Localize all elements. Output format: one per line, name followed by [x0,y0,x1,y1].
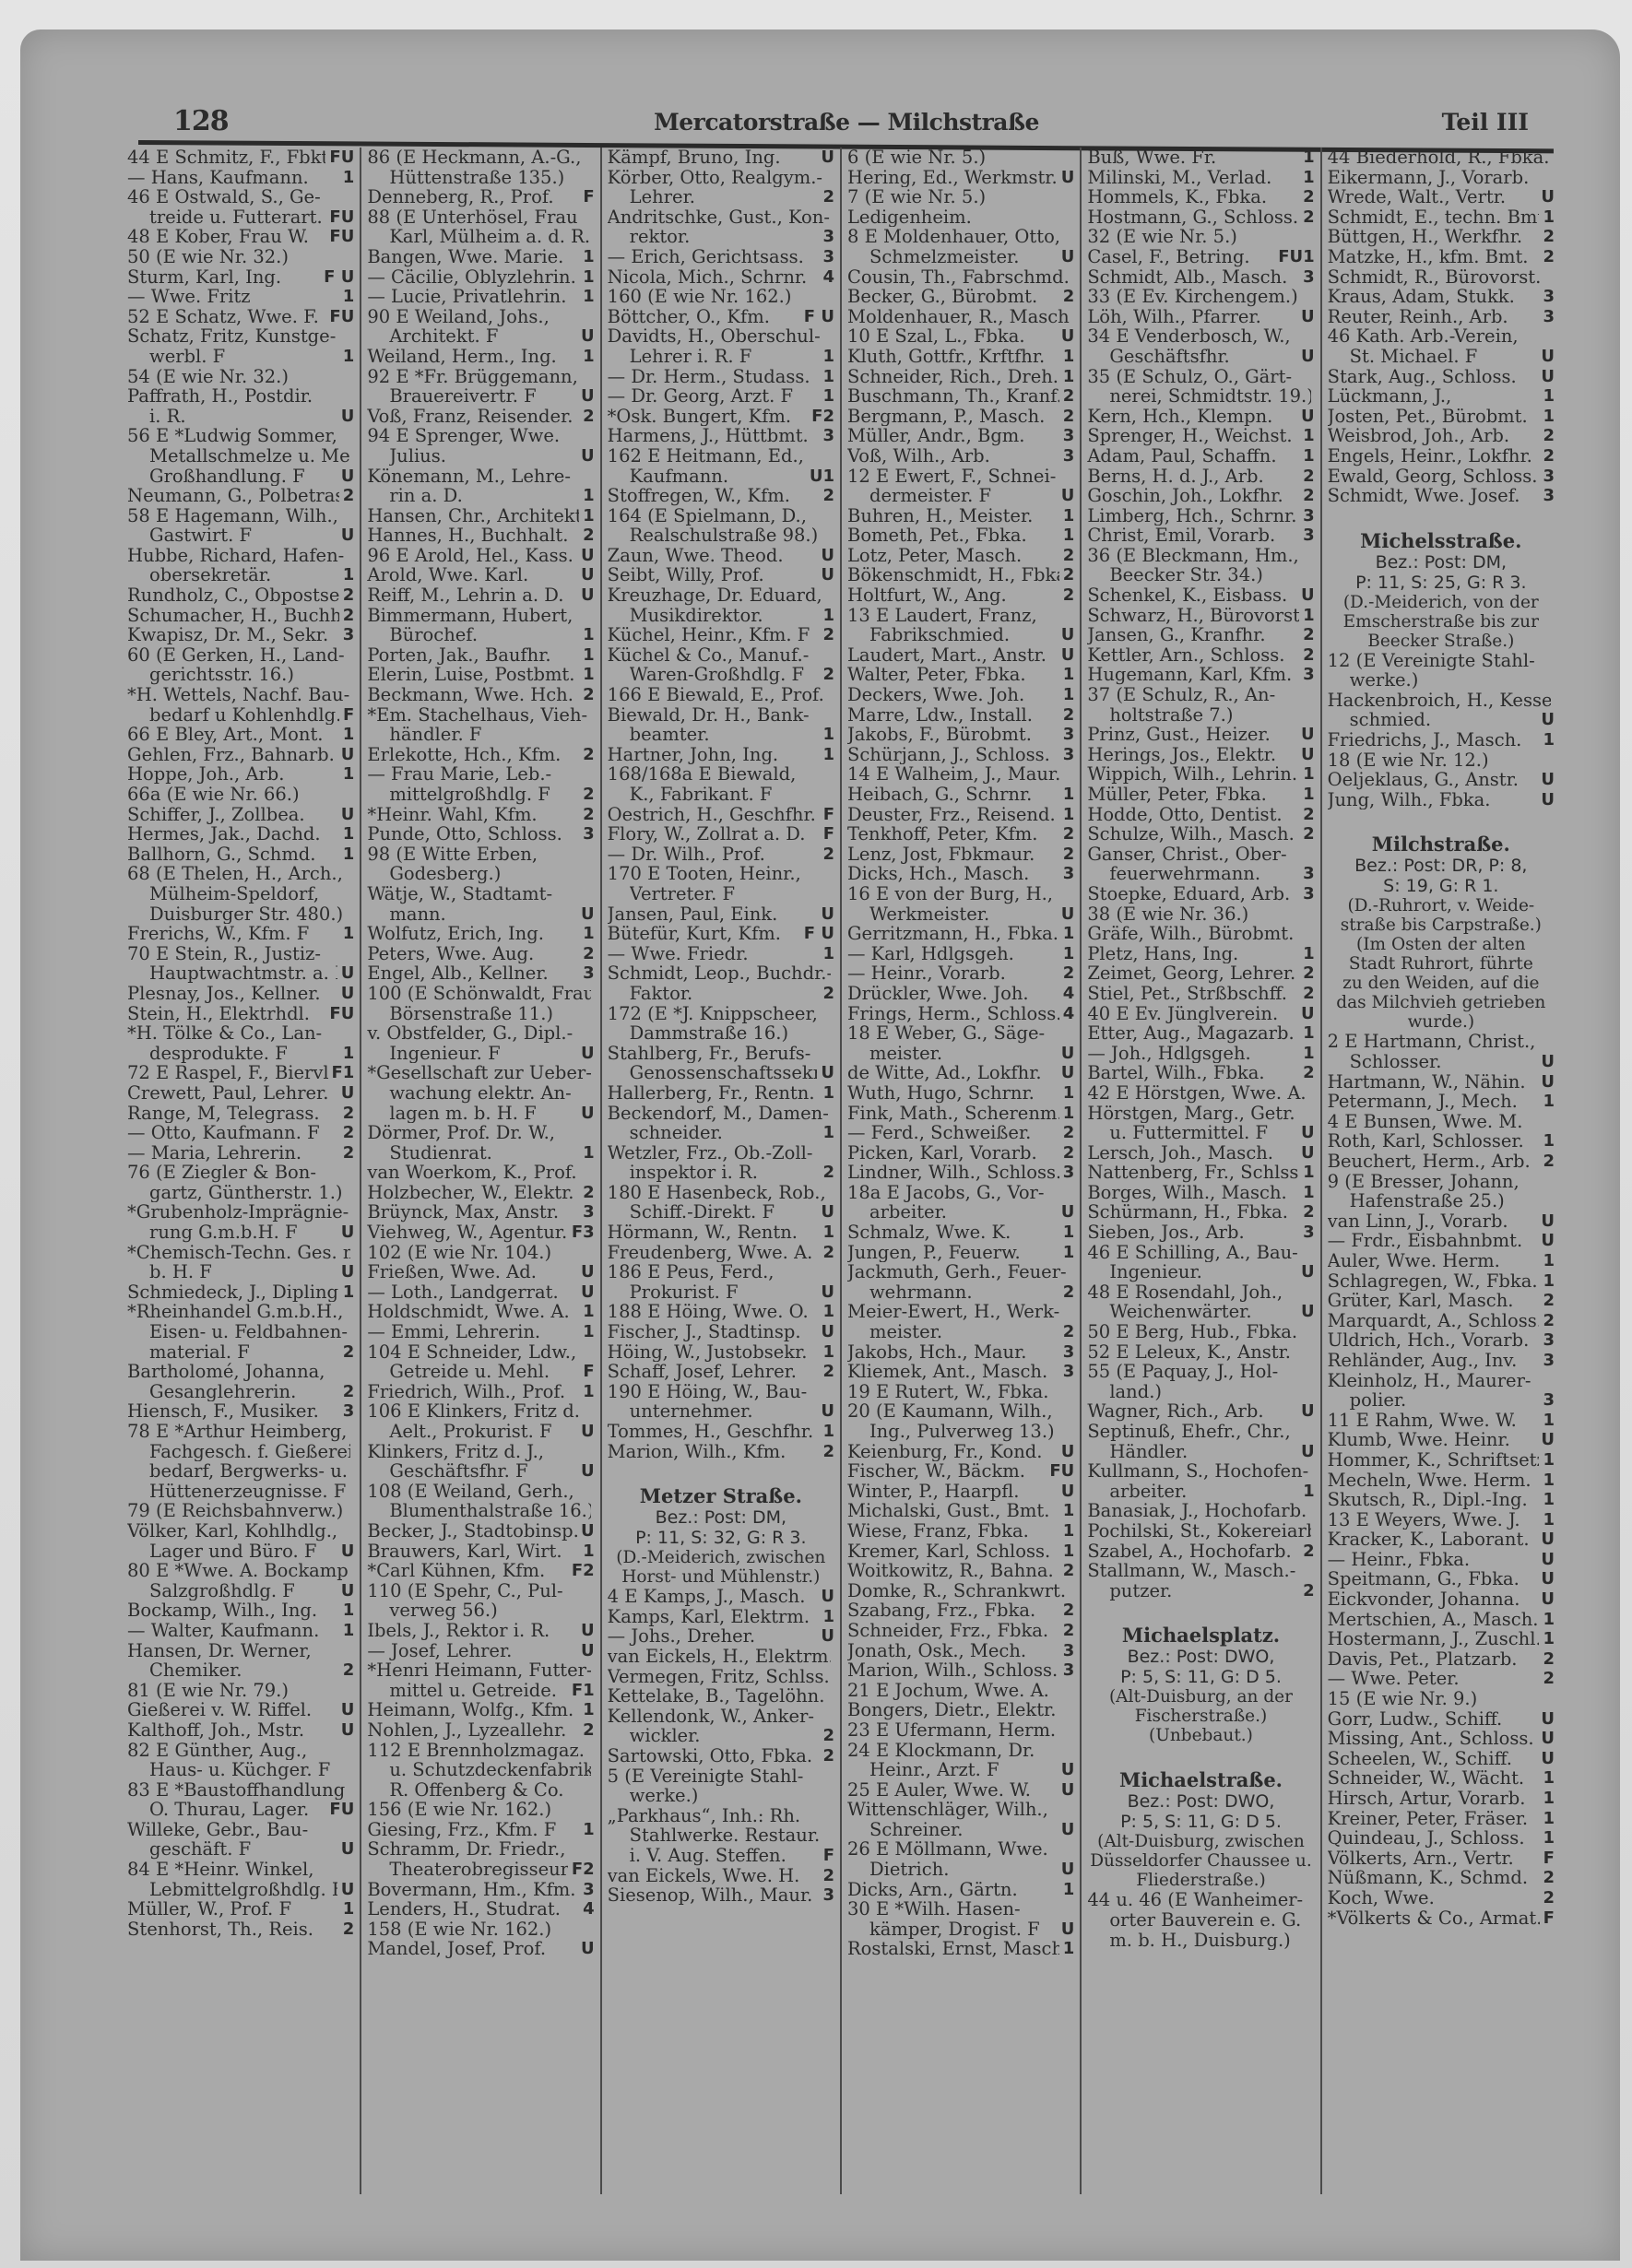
directory-entry: Seibt, Willy, Prof.U [608,565,834,585]
entry-marker: 1 [1059,785,1075,805]
directory-entry: 11 E Rahm, Wwe. W.1 [1328,1411,1555,1431]
directory-entry: Schmiedeck, J., Dipling.1 [127,1282,354,1303]
street-heading: Milchstraße. [1328,833,1555,856]
entry-text: Kettelake, B., Tagelöhn. [608,1686,825,1707]
entry-text: Jansen, Paul, Eink. [608,904,778,925]
directory-entry: *Em. Stachelhaus, Vieh- [367,705,594,726]
directory-entry: Bometh, Pet., Fbka.1 [847,526,1074,546]
entry-text: Picken, Karl, Vorarb. [847,1143,1037,1164]
entry-text: Genossenschaftssekr. [630,1063,818,1083]
directory-entry: 70 E Stein, R., Justiz- [127,944,354,964]
entry-text: Michalski, Gust., Bmt. [847,1501,1049,1521]
column-1: 44 E Schmitz, F., Fbkt.FU— Hans, Kaufman… [122,148,361,2194]
directory-entry: Stenhorst, Th., Reis.2 [127,1920,354,1940]
entry-marker: 1 [1059,1083,1075,1104]
street-district-info: Bez.: Post: DM, [608,1507,834,1528]
directory-entry: Wuth, Hugo, Schrnr.1 [847,1083,1074,1104]
directory-entry: Weisbrod, Joh., Arb.2 [1328,426,1555,446]
directory-entry: Nüßmann, K., Schmd.2 [1328,1868,1555,1888]
entry-marker [1311,1362,1315,1382]
entry-text: *Völkerts & Co., Armat. [1328,1908,1540,1929]
directory-entry: 46 E Schilling, A., Bau- [1087,1243,1314,1263]
entry-marker [831,1707,834,1727]
directory-entry: *Gesellschaft zur Ueber- [367,1063,594,1083]
directory-entry: Schiff.-Direkt. FU [608,1202,834,1223]
entry-marker: 2 [1059,1601,1075,1621]
entry-text: werbl. F [149,347,225,367]
directory-entry: Lehrer.2 [608,187,834,207]
entry-text: Engels, Heinr., Lokfhr. [1328,446,1532,467]
entry-marker [350,884,354,904]
entry-marker [1311,1243,1315,1263]
directory-entry: Marion, Wilh., Schloss.3 [847,1660,1074,1681]
entry-text: 186 E Peus, Ferd., [608,1262,775,1282]
directory-entry: unternehmer.U [608,1401,834,1422]
directory-entry: Frings, Herm., Schloss.4 [847,1004,1074,1024]
entry-marker: 2 [1299,207,1315,228]
directory-entry: beamter.1 [608,725,834,745]
entry-text: unternehmer. [630,1401,753,1422]
entry-text: Ledigenheim. [847,207,972,228]
directory-entry: Schneider, W., Wächt.1 [1328,1768,1555,1789]
directory-entry: 36 (E Bleckmann, Hm., [1087,546,1314,566]
entry-text: Matzke, H., kfm. Bmt. [1328,247,1529,267]
directory-entry: Michalski, Gust., Bmt.1 [847,1501,1074,1521]
entry-marker: 2 [1059,287,1075,307]
entry-marker: 3 [1059,725,1075,745]
entry-text: Moldenhauer, R., Masch. [847,307,1070,327]
entry-text: Wrede, Walt., Vertr. [1328,187,1506,207]
entry-marker [350,1422,354,1442]
entry-text: *Rheinhandel G.m.b.H., [127,1302,343,1322]
directory-entry: Giesing, Frz., Kfm. F1 [367,1820,594,1840]
entry-marker: 1 [339,565,355,585]
directory-entry: Julius.U [367,446,594,467]
directory-entry: Roth, Karl, Schlosser.1 [1328,1131,1555,1152]
directory-entry: Geschäftsfhr.U [1087,347,1314,367]
directory-entry: Deuster, Frz., Reisend.1 [847,805,1074,825]
entry-marker: 4 [1059,984,1075,1004]
entry-text: Szabel, A., Hochofarb. [1087,1542,1291,1562]
directory-entry: Sartowski, Otto, Fbka.2 [608,1746,834,1766]
directory-entry: Plesnay, Jos., Kellner.U [127,984,354,1004]
directory-entry: Kern, Hch., Klempn.U [1087,407,1314,427]
entry-marker: 2 [1299,467,1315,487]
entry-marker [1551,326,1555,347]
entry-text: material. F [149,1342,250,1363]
directory-entry: v. Obstfelder, G., Dipl.- [367,1023,594,1044]
directory-entry: *Grubenholz-Imprägnie- [127,1202,354,1223]
entry-text: Cousin, Th., Fabrschmd. [847,267,1070,288]
entry-text: Kaufmann. [630,467,728,487]
entry-text: Schulze, Wilh., Masch. [1087,824,1294,845]
directory-entry: Schürmann, H., Fbka.2 [1087,1202,1314,1223]
entry-marker: 1 [1539,1510,1555,1530]
entry-text: Wagner, Rich., Arb. [1087,1401,1263,1422]
entry-text: Waren-Großhdlg. F [630,665,804,685]
entry-marker: 1 [819,1083,834,1104]
entry-text: Nattenberg, Fr., Schlss. [1087,1163,1299,1183]
directory-entry: putzer.2 [1087,1581,1314,1601]
directory-entry: St. Michael. FU [1328,347,1555,367]
entry-text: Lager und Büro. F [149,1542,316,1562]
entry-text: Realschulstraße 98.) [630,526,819,546]
entry-text: Weisbrod, Joh., Arb. [1328,426,1509,446]
directory-columns: 44 E Schmitz, F., Fbkt.FU— Hans, Kaufman… [122,148,1560,2194]
directory-entry: 102 (E wie Nr. 104.) [367,1243,594,1263]
directory-entry: Erlekotte, Hch., Kfm.2 [367,745,594,765]
directory-entry: Schiffer, J., Zollbea.U [127,805,354,825]
directory-entry: 8 E Moldenhauer, Otto, [847,227,1074,247]
entry-text: Marquardt, A., Schloss. [1328,1311,1540,1331]
entry-text: Kämpf, Bruno, Ing. [608,148,781,168]
entry-text: Hodde, Otto, Dentist. [1087,805,1282,825]
entry-marker: 1 [1299,785,1315,805]
entry-text: Haus- u. Küchger. F [149,1760,330,1780]
entry-text: Müller, Peter, Fbka. [1087,785,1267,805]
entry-marker [591,1442,595,1462]
entry-text: Brauwers, Karl, Wirt. [367,1542,562,1562]
entry-text: 40 E Ev. Jünglverein. [1087,1004,1278,1024]
entry-marker: U [1297,1442,1315,1462]
entry-text: Musikdirektor. [630,606,763,626]
entry-text: Ballhorn, G., Schmd. [127,845,316,865]
entry-text: 4 E Kamps, J., Masch. [608,1587,806,1607]
directory-entry: K., Fabrikant. F [608,785,834,805]
entry-text: Kleinholz, H., Maurer- [1328,1371,1531,1391]
entry-text: Jonath, Osk., Mech. [847,1641,1026,1661]
entry-marker: 1 [339,1601,355,1621]
directory-entry: 190 E Höing, W., Bau- [608,1382,834,1402]
entry-marker: U [817,1063,834,1083]
entry-text: rung G.m.b.H. F [149,1223,298,1243]
directory-entry: Uldrich, Hch., Vorarb.3 [1328,1330,1555,1351]
entry-text: Jung, Wilh., Fbka. [1328,790,1491,810]
entry-text: Lehrer i. R. F [630,347,752,367]
directory-entry: Zeimet, Georg, Lehrer.2 [1087,963,1314,984]
entry-marker: 2 [1539,1669,1555,1689]
directory-entry: Dörmer, Prof. Dr. W., [367,1123,594,1143]
entry-text: Fachgesch. f. Gießerei- [149,1442,350,1462]
entry-text: Hauptwachtmstr. a. D. [149,963,337,984]
directory-entry: kämper, Drogist. FU [847,1920,1074,1940]
entry-text: Hiensch, F., Musiker. [127,1401,319,1422]
directory-entry: Gerritzmann, H., Fbka.1 [847,924,1074,944]
directory-entry: Hartmann, W., Nähin.U [1328,1072,1555,1093]
directory-entry: Brauereivertr. FU [367,386,594,407]
entry-marker [591,884,595,904]
directory-entry: Salzgroßhdlg. FU [127,1581,354,1601]
entry-text: Bütefür, Kurt, Kfm. [608,924,781,944]
directory-entry: Bangen, Wwe. Marie.1 [367,247,594,267]
entry-marker: 3 [1059,1660,1075,1681]
entry-text: 104 E Schneider, Ldw., [367,1342,576,1363]
entry-text: Hirsch, Artur, Vorarb. [1328,1789,1526,1809]
entry-text: putzer. [1109,1581,1172,1601]
entry-marker [350,1760,354,1780]
street-heading: Michelsstraße. [1328,530,1555,552]
directory-entry: Schmidt, Leop., Buchdr.- [608,963,834,984]
directory-entry: *Völkerts & Co., Armat.F [1328,1908,1555,1929]
entry-text: Denneberg, R., Prof. [367,187,553,207]
entry-marker: FU [325,307,354,327]
directory-entry: Fabrikschmied.U [847,625,1074,645]
entry-marker [831,207,834,228]
entry-text: — Heinr., Fbka. [1328,1550,1470,1570]
entry-text: Schenkel, K., Eisbass. [1087,585,1287,606]
entry-text: rin a. D. [389,486,462,506]
directory-entry: Viehweg, W., Agentur.F3 [367,1223,594,1243]
directory-entry: 19 E Rutert, W., Fbka. [847,1382,1074,1402]
entry-text: Schmalz, Wwe. K. [847,1223,1011,1243]
entry-text: Winter, P., Haarpfl. [847,1482,1019,1502]
directory-entry: Milinski, M., Verlad.1 [1087,168,1314,188]
entry-marker [591,207,595,228]
directory-entry: Paffrath, H., Postdir. [127,386,354,407]
entry-marker: 3 [1539,307,1555,327]
directory-entry: — Emmi, Lehrerin.1 [367,1322,594,1342]
directory-entry: — Hans, Kaufmann.1 [127,168,354,188]
directory-entry: Jansen, Paul, Eink.U [608,904,834,925]
entry-text: Dicks, Hch., Masch. [847,864,1029,884]
entry-text: Schmidt, E., techn. Bmt. [1328,207,1540,228]
entry-marker [350,1362,354,1382]
entry-text: Kwapisz, Dr. M., Sekr. [127,625,328,645]
entry-text: Wittenschläger, Wilh., [847,1800,1048,1820]
entry-text: Studienrat. [389,1143,492,1164]
entry-text: Prokurist. F [630,1282,739,1303]
entry-text: Hackenbroich, H., Kessel- [1328,691,1551,711]
entry-marker: 2 [1059,407,1075,427]
directory-entry: Schaff, Josef, Lehrer.2 [608,1362,834,1382]
entry-marker: U [577,1422,595,1442]
directory-entry: Schulze, Wilh., Masch.2 [1087,824,1314,845]
entry-marker [1311,1282,1315,1303]
directory-entry: Hackenbroich, H., Kessel- [1328,691,1555,711]
entry-text: Wätje, W., Stadtamt- [367,884,552,904]
entry-text: Schaff, Josef, Lehrer. [608,1362,797,1382]
entry-text: Gastwirt. F [149,526,252,546]
entry-text: Holtfurt, W., Ang. [847,585,1007,606]
entry-text: Hermes, Jak., Dachd. [127,824,321,845]
entry-text: beamter. [630,725,710,745]
entry-marker: 2 [579,785,595,805]
entry-marker [831,1766,834,1787]
directory-entry: Buschmann, Th., Kranf.2 [847,386,1074,407]
entry-text: Flory, W., Zollrat a. D. [608,824,806,845]
directory-entry: Schatz, Fritz, Kunstge- [127,326,354,347]
entry-text: Büttgen, H., Werkfhr. [1328,227,1522,247]
entry-marker [831,1647,834,1667]
entry-marker [350,1202,354,1223]
directory-entry: Brüynck, Max, Anstr.3 [367,1202,594,1223]
entry-text: Nicola, Mich., Schrnr. [608,267,808,288]
entry-text: feuerwehrmann. [1109,864,1260,884]
directory-entry: 44 E Schmitz, F., Fbkt.FU [127,148,354,168]
directory-entry: Mülheim-Speldorf, [127,884,354,904]
directory-entry: Frießen, Wwe. Ad.U [367,1262,594,1282]
entry-text: Andritschke, Gust., Kon- [608,207,830,228]
entry-marker: 1 [579,267,595,288]
entry-marker: 1 [1299,426,1315,446]
directory-entry: Großhandlung. FU [127,467,354,487]
entry-text: Dörmer, Prof. Dr. W., [367,1123,555,1143]
directory-entry: Mandel, Josef, Prof.U [367,1939,594,1959]
entry-marker: 1 [1059,1104,1075,1124]
entry-text: 35 (E Schulz, O., Gärt- [1087,367,1292,387]
entry-marker: U1 [806,467,834,487]
entry-marker: U [337,805,355,825]
directory-entry: Kalthoff, Joh., Mstr.U [127,1720,354,1741]
entry-text: 44 u. 46 (E Wanheimer- [1087,1890,1303,1910]
entry-text: Banasiak, J., Hochofarb. [1087,1501,1307,1521]
directory-entry: *Carl Kühnen, Kfm.F2 [367,1561,594,1581]
entry-marker [350,367,354,387]
entry-marker [1070,187,1074,207]
entry-text: *H. Wettels, Nachf. Bau- [127,685,349,705]
entry-text: Müller, W., Prof. F [127,1899,291,1920]
entry-marker [350,1641,354,1661]
entry-text: 190 E Höing, W., Bau- [608,1382,808,1402]
entry-text: — Frau Marie, Leb.- [367,764,551,785]
entry-marker [591,367,595,387]
entry-text: obersekretär. [149,565,271,585]
entry-marker: 2 [339,1143,355,1164]
entry-marker [1551,168,1555,188]
entry-text: 24 E Klockmann, Dr. [847,1741,1035,1761]
entry-text: Stenhorst, Th., Reis. [127,1920,313,1940]
entry-marker [1070,764,1074,785]
entry-text: Hüttenerzeugnisse. F [149,1482,346,1502]
entry-marker [591,606,595,626]
entry-marker: 1 [339,764,355,785]
street-heading: Metzer Straße. [608,1485,834,1507]
directory-entry: 162 E Heitmann, Ed., [608,446,834,467]
entry-marker [1311,1104,1315,1124]
entry-text: rektor. [630,227,691,247]
entry-text: Bartel, Wilh., Fbka. [1087,1063,1264,1083]
entry-text: 112 E Brennholzmagaz. [367,1741,585,1761]
directory-entry: Meier-Ewert, H., Werk- [847,1302,1074,1322]
entry-marker: U [337,1262,355,1282]
entry-marker: U [1297,1004,1315,1024]
entry-text: Theaterobregisseur. [389,1860,568,1880]
entry-marker [1551,148,1555,168]
entry-marker [1070,1401,1074,1422]
entry-text: meister. [869,1322,942,1342]
entry-text: Davidts, H., Oberschul- [608,326,821,347]
entry-marker: 3 [1059,745,1075,765]
directory-entry: Mertschien, A., Masch.1 [1328,1610,1555,1630]
entry-marker: U [1297,407,1315,427]
directory-entry: Kaufmann.U1 [608,467,834,487]
directory-entry: Gießerei v. W. Riffel.U [127,1700,354,1720]
entry-marker: U [337,467,355,487]
entry-marker: 3 [1059,1362,1075,1382]
entry-marker [350,1681,354,1701]
directory-entry: wehrmann.2 [847,1282,1074,1303]
entry-marker [831,526,834,546]
directory-entry: Siesenop, Wilh., Maur.3 [608,1885,834,1906]
part-label: Teil III [1442,109,1529,136]
directory-entry: Reuter, Reinh., Arb.3 [1328,307,1555,327]
entry-text: Skutsch, R., Dipl.-Ing. [1328,1490,1528,1510]
entry-marker [591,1780,595,1801]
directory-entry: Engel, Alb., Kellner.3 [367,963,594,984]
directory-entry: 7 (E wie Nr. 5.) [847,187,1074,207]
directory-entry: Lager und Büro. FU [127,1542,354,1562]
entry-marker: 4 [1059,1004,1075,1024]
entry-marker [350,426,354,446]
directory-entry: Grüter, Karl, Masch.2 [1328,1291,1555,1311]
entry-text: Schumacher, H., Buchh. [127,606,339,626]
entry-text: Ingenieur. F [389,1044,500,1064]
directory-entry: Matzke, H., kfm. Bmt.2 [1328,247,1555,267]
entry-text: 166 E Biewald, E., Prof. [608,685,824,705]
entry-marker: 1 [1299,606,1315,626]
directory-entry: 30 E *Wilh. Hasen- [847,1899,1074,1920]
entry-marker: 3 [1539,1390,1555,1411]
directory-entry: Bütefür, Kurt, Kfm.F U [608,924,834,944]
entry-marker: 3 [1299,267,1315,288]
entry-marker [350,326,354,347]
directory-entry: Küchel & Co., Manuf.- [608,645,834,666]
entry-text: Schlagregen, W., Fbka. [1328,1271,1538,1292]
directory-entry: 16 E von der Burg, H., [847,884,1074,904]
entry-text: Hugemann, Karl, Kfm. [1087,665,1292,685]
entry-marker: 2 [819,1866,834,1886]
entry-text: schneider. [630,1123,723,1143]
entry-marker [591,1401,595,1422]
entry-marker [1311,326,1315,347]
directory-entry: Schmidt, E., techn. Bmt.1 [1328,207,1555,228]
entry-text: Hansen, Dr. Werner, [127,1641,312,1661]
entry-marker [1070,1302,1074,1322]
entry-marker: U [1297,1143,1315,1164]
entry-text: Jakobs, F., Bürobmt. [847,725,1032,745]
directory-entry: 12 E Ewert, F., Schnei- [847,467,1074,487]
entry-text: Voß, Franz, Reisender. [367,407,573,427]
entry-text: 18 E Weber, G., Säge- [847,1023,1045,1044]
entry-text: Körber, Otto, Realgym.- [608,168,822,188]
entry-marker: 3 [579,1202,595,1223]
entry-text: 66 E Bley, Art., Mont. [127,725,324,745]
directory-entry: 79 (E Reichsbahnverw.) [127,1501,354,1521]
entry-marker: 3 [819,247,834,267]
entry-marker: U [337,407,355,427]
directory-entry: bedarf u Kohlenhdlg.F [127,705,354,726]
entry-marker: 2 [339,1382,355,1402]
entry-text: Mülheim-Speldorf, [149,884,319,904]
directory-entry: Hannes, H., Buchhalt.2 [367,526,594,546]
entry-text: Lindner, Wilh., Schloss. [847,1163,1059,1183]
entry-text: Heibach, G., Schrnr. [847,785,1032,805]
entry-marker: 2 [579,685,595,705]
entry-text: Petermann, J., Mech. [1328,1092,1518,1112]
entry-text: Chemiker. [149,1660,242,1681]
entry-text: Marion, Wilh., Kfm. [608,1442,786,1462]
directory-entry: inspektor i. R.2 [608,1163,834,1183]
entry-text: Arold, Wwe. Karl. [367,565,528,585]
entry-text: Geschäftsfhr. F [389,1461,527,1482]
entry-marker [1311,565,1315,585]
directory-entry: werke.) [1328,670,1555,691]
directory-entry: *H. Tölke & Co., Lan- [127,1023,354,1044]
entry-text: treide u. Futterart. [149,207,323,228]
entry-text: Zeimet, Georg, Lehrer. [1087,963,1295,984]
entry-marker: 1 [819,1223,834,1243]
entry-marker: 2 [1539,247,1555,267]
